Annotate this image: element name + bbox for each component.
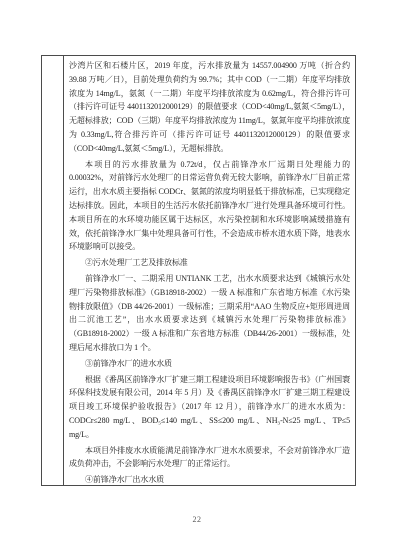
paragraph: 前锋净水厂一、二期采用 UNTIANK 工艺，出水水质要求达到《城镇污水处理厂污… [69, 272, 350, 355]
document-page: 沙湾片区和石楼片区，2019 年度，污水排放量为 14557.004900 万吨… [0, 0, 394, 557]
paragraph: 本项目外排废水水质能满足前锋净水厂进水水质要求，不会对前锋净水厂造成负荷冲击，不… [69, 444, 350, 472]
content-table: 沙湾片区和石楼片区，2019 年度，污水排放量为 14557.004900 万吨… [41, 55, 356, 486]
table-content-cell: 沙湾片区和石楼片区，2019 年度，污水排放量为 14557.004900 万吨… [64, 56, 355, 485]
section-heading: ②污水处理厂工艺及排放标准 [69, 256, 350, 270]
section-heading: ④前锋净水厂出水水质 [69, 473, 350, 485]
section-heading: ③前锋净水厂的进水水质 [69, 357, 350, 371]
table-label-column [42, 56, 64, 485]
page-number: 22 [0, 515, 394, 524]
paragraph: 本项目的污水排放量为 0.72t/d，仅占前锋净水厂远期日处理能力的 0.000… [69, 158, 350, 255]
paragraph: 根据《番禺区前锋净水厂扩建三期工程建设项目环境影响报告书》（广州国寰环保科技发展… [69, 373, 350, 442]
paragraph: 沙湾片区和石楼片区，2019 年度，污水排放量为 14557.004900 万吨… [69, 59, 350, 156]
